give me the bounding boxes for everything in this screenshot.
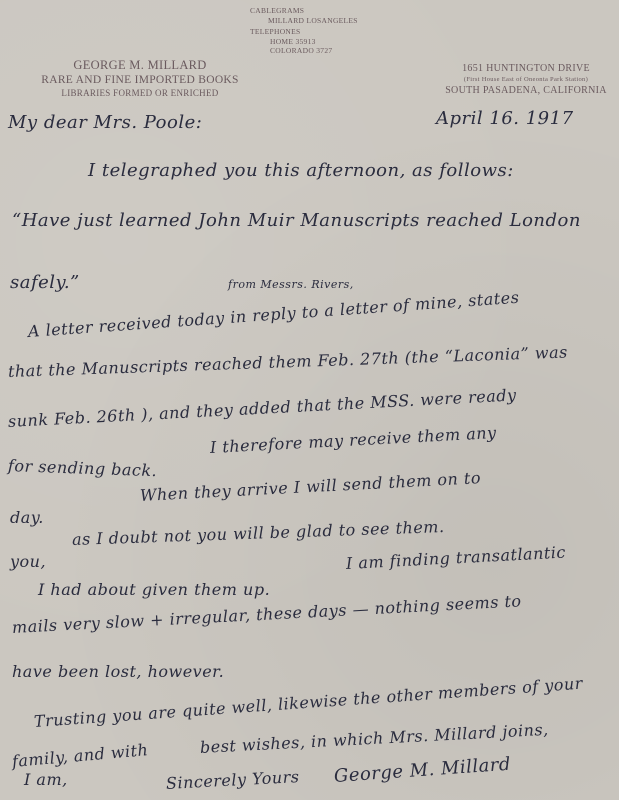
telephones-label: TELEPHONES xyxy=(250,27,358,37)
letter-line: I am, xyxy=(24,770,68,789)
letter-line: “Have just learned John Muir Manuscripts… xyxy=(12,210,581,231)
letterhead-business: George M. Millard Rare and Fine Imported… xyxy=(40,58,240,99)
closing: Sincerely Yours xyxy=(166,767,300,793)
letter-line: I telegraphed you this afternoon, as fol… xyxy=(88,160,514,181)
letter-line: I am finding transatlantic xyxy=(346,542,567,572)
letter-line: for sending back. xyxy=(8,456,158,480)
cablegram-telephone-block: CABLEGRAMS MILLARD LOSANGELES TELEPHONES… xyxy=(250,6,358,56)
letter-line: day. xyxy=(10,508,44,527)
letter-line: I had about given them up. xyxy=(38,580,270,599)
cablegrams-label: CABLEGRAMS xyxy=(250,6,358,16)
business-description: Rare and Fine Imported Books xyxy=(40,73,240,87)
letter-line: family, and with xyxy=(11,740,149,771)
business-tagline: Libraries Formed or Enriched xyxy=(40,87,240,99)
letter-line: you, xyxy=(10,552,46,571)
letter-line: as I doubt not you will be glad to see t… xyxy=(72,517,445,549)
letter-line: have been lost, however. xyxy=(12,662,224,681)
city-state: South Pasadena, California xyxy=(436,84,616,97)
letter-line-insertion: from Messrs. Rivers, xyxy=(228,278,354,291)
letter-line: safely.” xyxy=(10,272,80,293)
letter-line: sunk Feb. 26th ), and they added that th… xyxy=(8,385,517,431)
telephone-colorado: COLORADO 3727 xyxy=(250,46,358,56)
letter-line: I therefore may receive them any xyxy=(210,423,498,457)
cablegrams-address: MILLARD LOSANGELES xyxy=(250,16,358,26)
telephone-home: HOME 35913 xyxy=(250,37,358,47)
letter-line: that the Manuscripts reached them Feb. 2… xyxy=(8,342,568,381)
street-note: (First House East of Oneonta Park Statio… xyxy=(436,75,616,84)
signature: George M. Millard xyxy=(333,754,511,787)
letter-line: A letter received today in reply to a le… xyxy=(27,288,520,341)
letterhead-address: 1651 Huntington Drive (First House East … xyxy=(436,62,616,97)
letter-date: April 16. 1917 xyxy=(436,108,574,129)
letter-page: CABLEGRAMS MILLARD LOSANGELES TELEPHONES… xyxy=(0,0,619,800)
street-address: 1651 Huntington Drive xyxy=(436,62,616,75)
letter-line: best wishes, in which Mrs. Millard joins… xyxy=(200,720,550,757)
letter-line: When they arrive I will send them on to xyxy=(140,468,482,505)
proprietor-name: George M. Millard xyxy=(40,58,240,73)
salutation: My dear Mrs. Poole: xyxy=(8,112,202,133)
